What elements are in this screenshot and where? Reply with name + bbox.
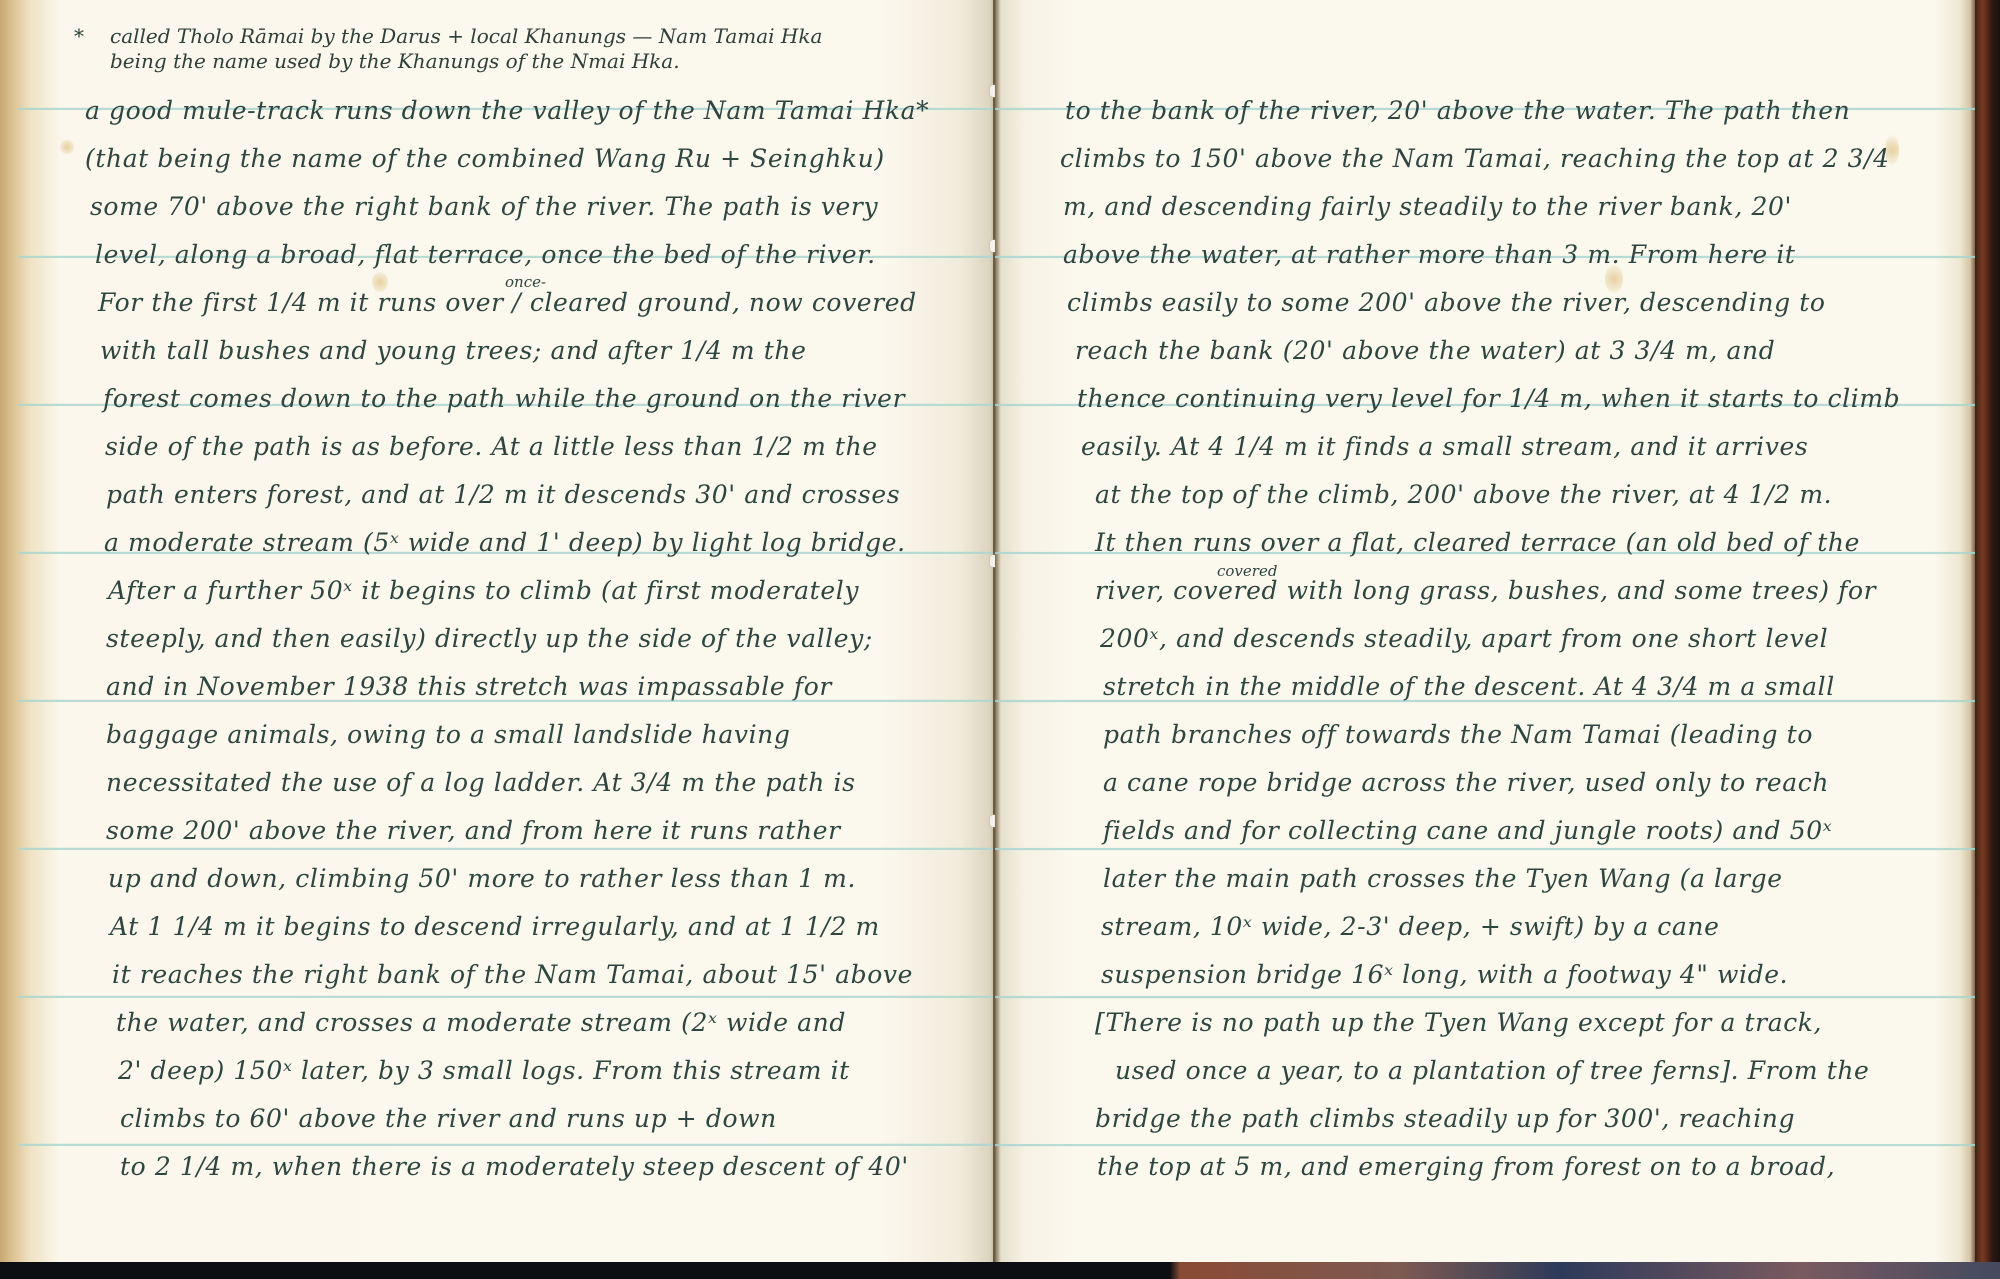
text-line: stream, 10ˣ wide, 2-3' deep, + swift) by… — [1101, 912, 1719, 941]
text-line: stretch in the middle of the descent. At… — [1103, 672, 1835, 701]
text-line: to 2 1/4 m, when there is a moderately s… — [120, 1152, 909, 1181]
background-surface — [0, 1262, 2000, 1279]
footnote-asterisk: * — [74, 24, 84, 49]
text-line: climbs to 150' above the Nam Tamai, reac… — [1060, 144, 1890, 173]
text-line: level, along a broad, flat terrace, once… — [95, 240, 876, 269]
text-line: baggage animals, owing to a small landsl… — [106, 720, 790, 749]
text-line: side of the path is as before. At a litt… — [105, 432, 878, 461]
text-line: [There is no path up the Tyen Wang excep… — [1095, 1008, 1822, 1037]
text-line: used once a year, to a plantation of tre… — [1115, 1056, 1869, 1085]
text-line: necessitated the use of a log ladder. At… — [106, 768, 856, 797]
left-page: * called Tholo Rāmai by the Darus + loca… — [0, 0, 995, 1262]
text-line: suspension bridge 16ˣ long, with a footw… — [1101, 960, 1788, 989]
text-line: with tall bushes and young trees; and af… — [100, 336, 806, 365]
text-line: some 70' above the right bank of the riv… — [90, 192, 878, 221]
text-line: climbs to 60' above the river and runs u… — [120, 1104, 777, 1133]
text-line: some 200' above the river, and from here… — [106, 816, 841, 845]
text-line: reach the bank (20' above the water) at … — [1075, 336, 1775, 365]
text-line: later the main path crosses the Tyen Wan… — [1103, 864, 1783, 893]
text-line: After a further 50ˣ it begins to climb (… — [108, 576, 859, 605]
text-line: forest comes down to the path while the … — [103, 384, 905, 413]
text-line: river, covered with long grass, bushes, … — [1095, 576, 1876, 605]
footnote: * called Tholo Rāmai by the Darus + loca… — [78, 24, 978, 74]
text-line: climbs easily to some 200' above the riv… — [1067, 288, 1826, 317]
notebook-spread: * called Tholo Rāmai by the Darus + loca… — [0, 0, 2000, 1262]
text-line: (that being the name of the combined Wan… — [85, 144, 885, 173]
text-line: m, and descending fairly steadily to the… — [1063, 192, 1792, 221]
book-cover-edge — [1975, 0, 2000, 1262]
text-line: At 1 1/4 m it begins to descend irregula… — [110, 912, 880, 941]
text-line: It then runs over a flat, cleared terrac… — [1095, 528, 1860, 557]
text-line: 200ˣ, and descends steadily, apart from … — [1100, 624, 1828, 653]
text-line: easily. At 4 1/4 m it finds a small stre… — [1081, 432, 1808, 461]
text-line: thence continuing very level for 1/4 m, … — [1077, 384, 1900, 413]
text-line: a moderate stream (5ˣ wide and 1' deep) … — [104, 528, 906, 557]
text-line: For the first 1/4 m it runs over / clear… — [98, 288, 917, 317]
text-line: fields and for collecting cane and jungl… — [1103, 816, 1832, 845]
text-line: the water, and crosses a moderate stream… — [116, 1008, 846, 1037]
footnote-line: called Tholo Rāmai by the Darus + local … — [78, 24, 978, 49]
ink-stain — [60, 140, 74, 154]
text-line: bridge the path climbs steadily up for 3… — [1095, 1104, 1795, 1133]
text-line: above the water, at rather more than 3 m… — [1063, 240, 1796, 269]
right-page: to the bank of the river, 20' above the … — [995, 0, 1980, 1262]
text-line: a cane rope bridge across the river, use… — [1103, 768, 1829, 797]
text-line: and in November 1938 this stretch was im… — [106, 672, 832, 701]
text-line: it reaches the right bank of the Nam Tam… — [112, 960, 913, 989]
text-line: path branches off towards the Nam Tamai … — [1103, 720, 1813, 749]
text-line: a good mule-track runs down the valley o… — [85, 96, 929, 125]
text-line: up and down, climbing 50' more to rather… — [108, 864, 856, 893]
text-line: steeply, and then easily) directly up th… — [106, 624, 873, 653]
footnote-line: being the name used by the Khanungs of t… — [78, 49, 978, 74]
text-line: path enters forest, and at 1/2 m it desc… — [106, 480, 900, 509]
text-line: at the top of the climb, 200' above the … — [1095, 480, 1832, 509]
text-line: the top at 5 m, and emerging from forest… — [1097, 1152, 1835, 1181]
text-line: 2' deep) 150ˣ later, by 3 small logs. Fr… — [118, 1056, 850, 1085]
text-line: to the bank of the river, 20' above the … — [1065, 96, 1850, 125]
